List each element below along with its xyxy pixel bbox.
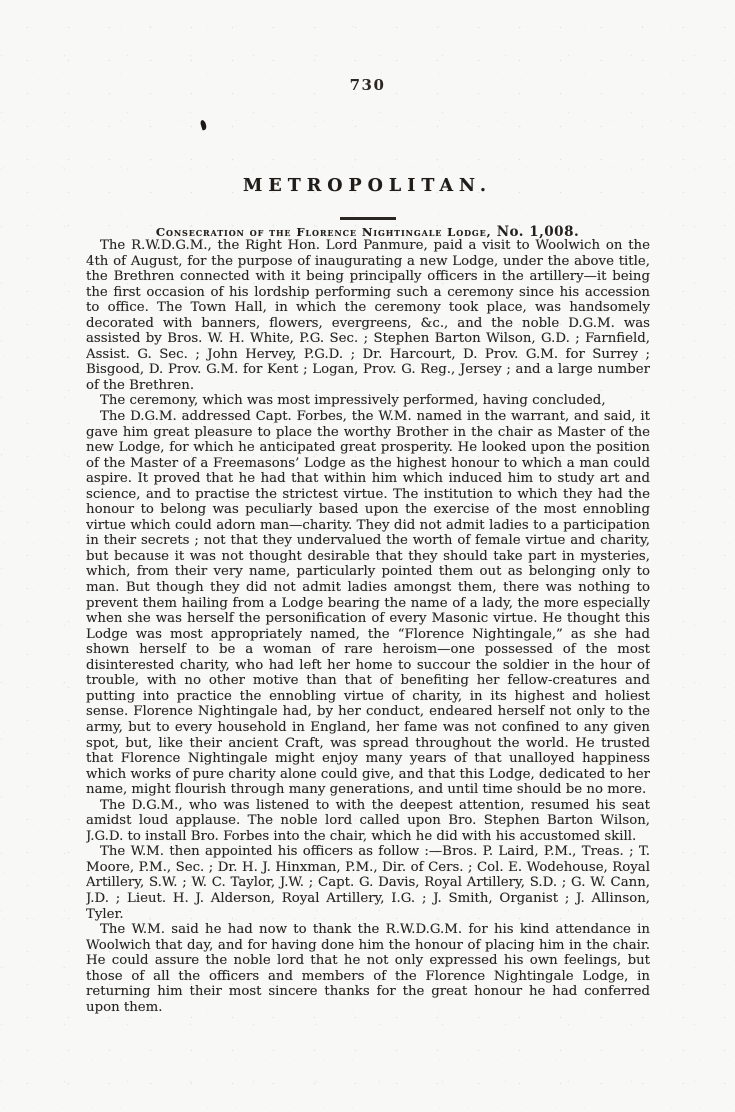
paragraph-visit-woolwich: The R.W.D.G.M., the Right Hon. Lord Panm… <box>86 238 650 393</box>
section-title: METROPOLITAN. <box>0 176 735 196</box>
article-body: The R.W.D.G.M., the Right Hon. Lord Panm… <box>86 238 650 1015</box>
ink-speck-mark <box>200 119 208 130</box>
paragraph-dgm-address: The D.G.M. addressed Capt. Forbes, the W… <box>86 409 650 798</box>
page-number: 730 <box>0 76 735 94</box>
paragraph-wm-thanks: The W.M. said he had now to thank the R.… <box>86 922 650 1015</box>
article-heading-title: Consecration of the Florence Nightingale… <box>156 225 492 239</box>
title-divider-rule <box>340 217 396 220</box>
paragraph-officers-appointed: The W.M. then appointed his officers as … <box>86 844 650 922</box>
paragraph-installation: The D.G.M., who was listened to with the… <box>86 798 650 845</box>
paragraph-ceremony-concluded: The ceremony, which was most impressivel… <box>86 393 650 409</box>
scanned-document-page: 730 METROPOLITAN. Consecration of the Fl… <box>0 0 735 1112</box>
